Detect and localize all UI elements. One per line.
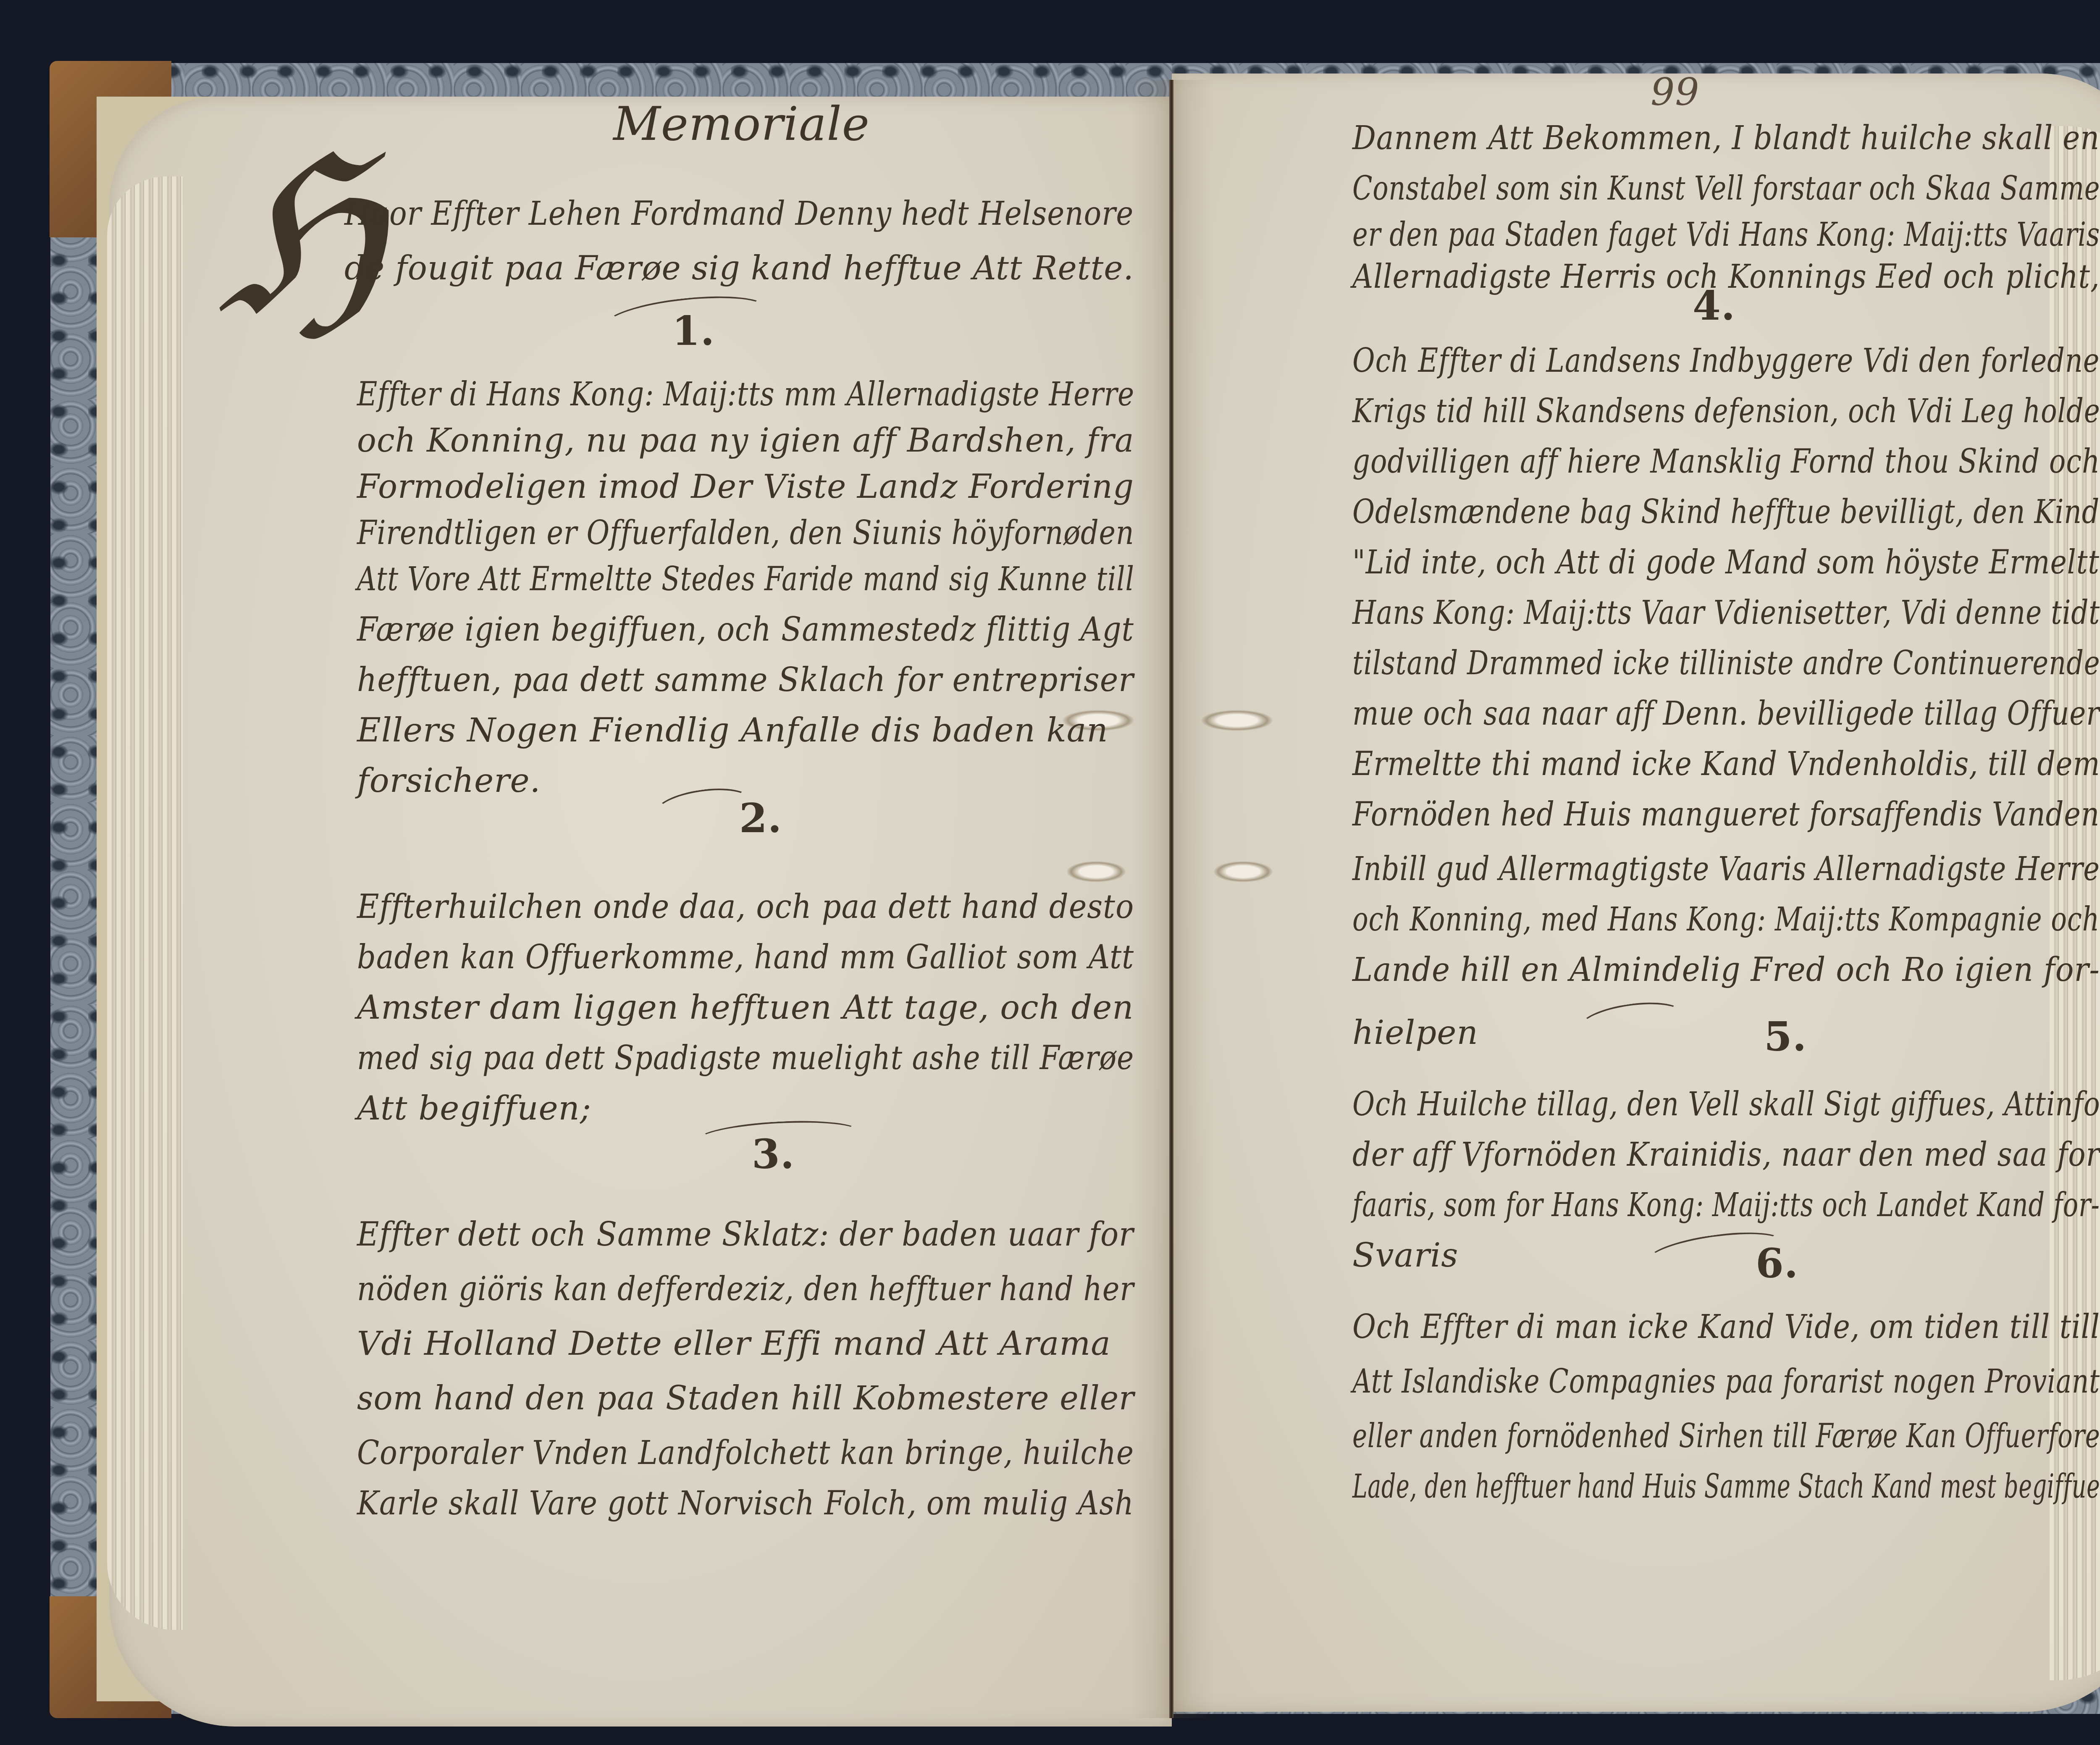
text-line: Att Islandiske Compagnies paa forarist n…: [1352, 1365, 2100, 1398]
text-line: tilstand Drammed icke tilliniste andre C…: [1352, 647, 2100, 680]
text-line: Lande hill en Almindelig Fred och Ro igi…: [1352, 954, 2100, 986]
text-line: "Lid inte, och Att di gode Mand som höys…: [1352, 546, 2100, 579]
text-line: Vdi Holland Dette eller Effi mand Att Ar…: [357, 1327, 1111, 1360]
text-line: Odelsmændene bag Skind hefftue bevilligt…: [1352, 496, 2100, 528]
text-line: forsichere.: [357, 765, 541, 797]
book-gutter: [1169, 80, 1173, 1718]
worn-page-edges-left: [107, 176, 183, 1630]
section-number: 6.: [1756, 1243, 1798, 1284]
text-line: baden kan Offuerkomme, hand mm Galliot s…: [357, 941, 1134, 974]
text-line: Firendtligen er Offuerfalden, den Siunis…: [357, 517, 1134, 549]
text-line: och Konning, med Hans Kong: Maij:tts Kom…: [1352, 903, 2100, 936]
text-line: Karle skall Vare gott Norvisch Folch, om…: [357, 1487, 1134, 1520]
text-line: som hand den paa Staden hill Kobmestere …: [357, 1382, 1134, 1415]
text-line: Effter di Hans Kong: Maij:tts mm Allerna…: [357, 378, 1134, 411]
folio-number: 99: [1651, 74, 1700, 111]
right-page: [1172, 74, 2100, 1712]
section-number: 4.: [1693, 286, 1735, 326]
text-line: Ermeltte thi mand icke Kand Vndenholdis,…: [1352, 748, 2100, 781]
section-number: 2.: [739, 798, 782, 838]
text-line: Effter dett och Samme Sklatz: der baden …: [357, 1218, 1134, 1251]
text-line: Amster dam liggen hefftuen Att tage, och…: [357, 991, 1134, 1024]
text-line: eller anden fornödenhed Sirhen till Færø…: [1352, 1420, 2100, 1453]
text-line: Effterhuilchen onde daa, och paa dett ha…: [357, 891, 1134, 923]
text-line: Och Huilche tillag, den Vell skall Sigt …: [1352, 1088, 2100, 1121]
text-line: Corporaler Vnden Landfolchett kan bringe…: [357, 1437, 1134, 1469]
text-line: Att Vore Att Ermeltte Stedes Faride mand…: [357, 563, 1134, 596]
text-line: hefftuen, paa dett samme Sklach for entr…: [357, 664, 1134, 696]
text-line: Svaris: [1352, 1239, 1458, 1272]
text-line: nöden giöris kan defferdeziz, den hefftu…: [357, 1273, 1134, 1306]
section-number: 3.: [752, 1134, 795, 1175]
intro-line: Huor Effter Lehen Fordmand Denny hedt He…: [344, 197, 1134, 230]
text-line: Att begiffuen;: [357, 1092, 591, 1125]
text-line: Krigs tid hill Skandsens defension, och …: [1352, 395, 2100, 428]
text-line: Ellers Nogen Fiendlig Anfalle dis baden …: [357, 714, 1108, 747]
text-line: Fornöden hed Huis mangueret forsaffendis…: [1352, 798, 2100, 831]
text-line: Constabel som sin Kunst Vell forstaar oc…: [1352, 172, 2100, 205]
text-line: och Konning, nu paa ny igien aff Bardshe…: [357, 424, 1134, 457]
section-number: 1.: [672, 311, 715, 351]
text-line: Formodeligen imod Der Viste Landz Forder…: [357, 470, 1134, 503]
text-line: med sig paa dett Spadigste muelight ashe…: [357, 1042, 1134, 1075]
text-line: Hans Kong: Maij:tts Vaar Vdienisetter, V…: [1352, 597, 2100, 629]
text-line: er den paa Staden faget Vdi Hans Kong: M…: [1352, 218, 2100, 251]
text-line: Færøe igien begiffuen, och Sammestedz fl…: [357, 613, 1134, 646]
text-line: faaris, som for Hans Kong: Maij:tts och …: [1352, 1189, 2100, 1222]
intro-line: de fougit paa Færøe sig kand hefftue Att…: [344, 252, 1134, 285]
section-number: 5.: [1764, 1017, 1807, 1057]
text-line: Lade, den hefftuer hand Huis Samme Stach…: [1352, 1470, 2100, 1503]
text-line: Dannem Att Bekommen, I blandt huilche sk…: [1352, 122, 2100, 155]
text-line: Och Effter di man icke Kand Vide, om tid…: [1352, 1311, 2100, 1343]
text-line: mue och saa naar aff Denn. bevilligede t…: [1352, 697, 2100, 730]
text-line: godvilligen aff hiere Mansklig Fornd tho…: [1352, 445, 2100, 478]
binding-tear-icon: [1214, 861, 1273, 882]
binding-tear-icon: [1201, 710, 1273, 731]
text-line: hielpen: [1352, 1017, 1478, 1049]
text-line: Inbill gud Allermagtigste Vaaris Allerna…: [1352, 853, 2100, 886]
document-heading: Memoriale: [613, 101, 870, 147]
text-line: Och Effter di Landsens Indbyggere Vdi de…: [1352, 344, 2100, 377]
text-line: der aff Vfornöden Krainidis, naar den me…: [1352, 1138, 2100, 1171]
binding-tear-icon: [1067, 861, 1126, 882]
drop-cap-h-flourish: ℌ: [218, 126, 383, 344]
